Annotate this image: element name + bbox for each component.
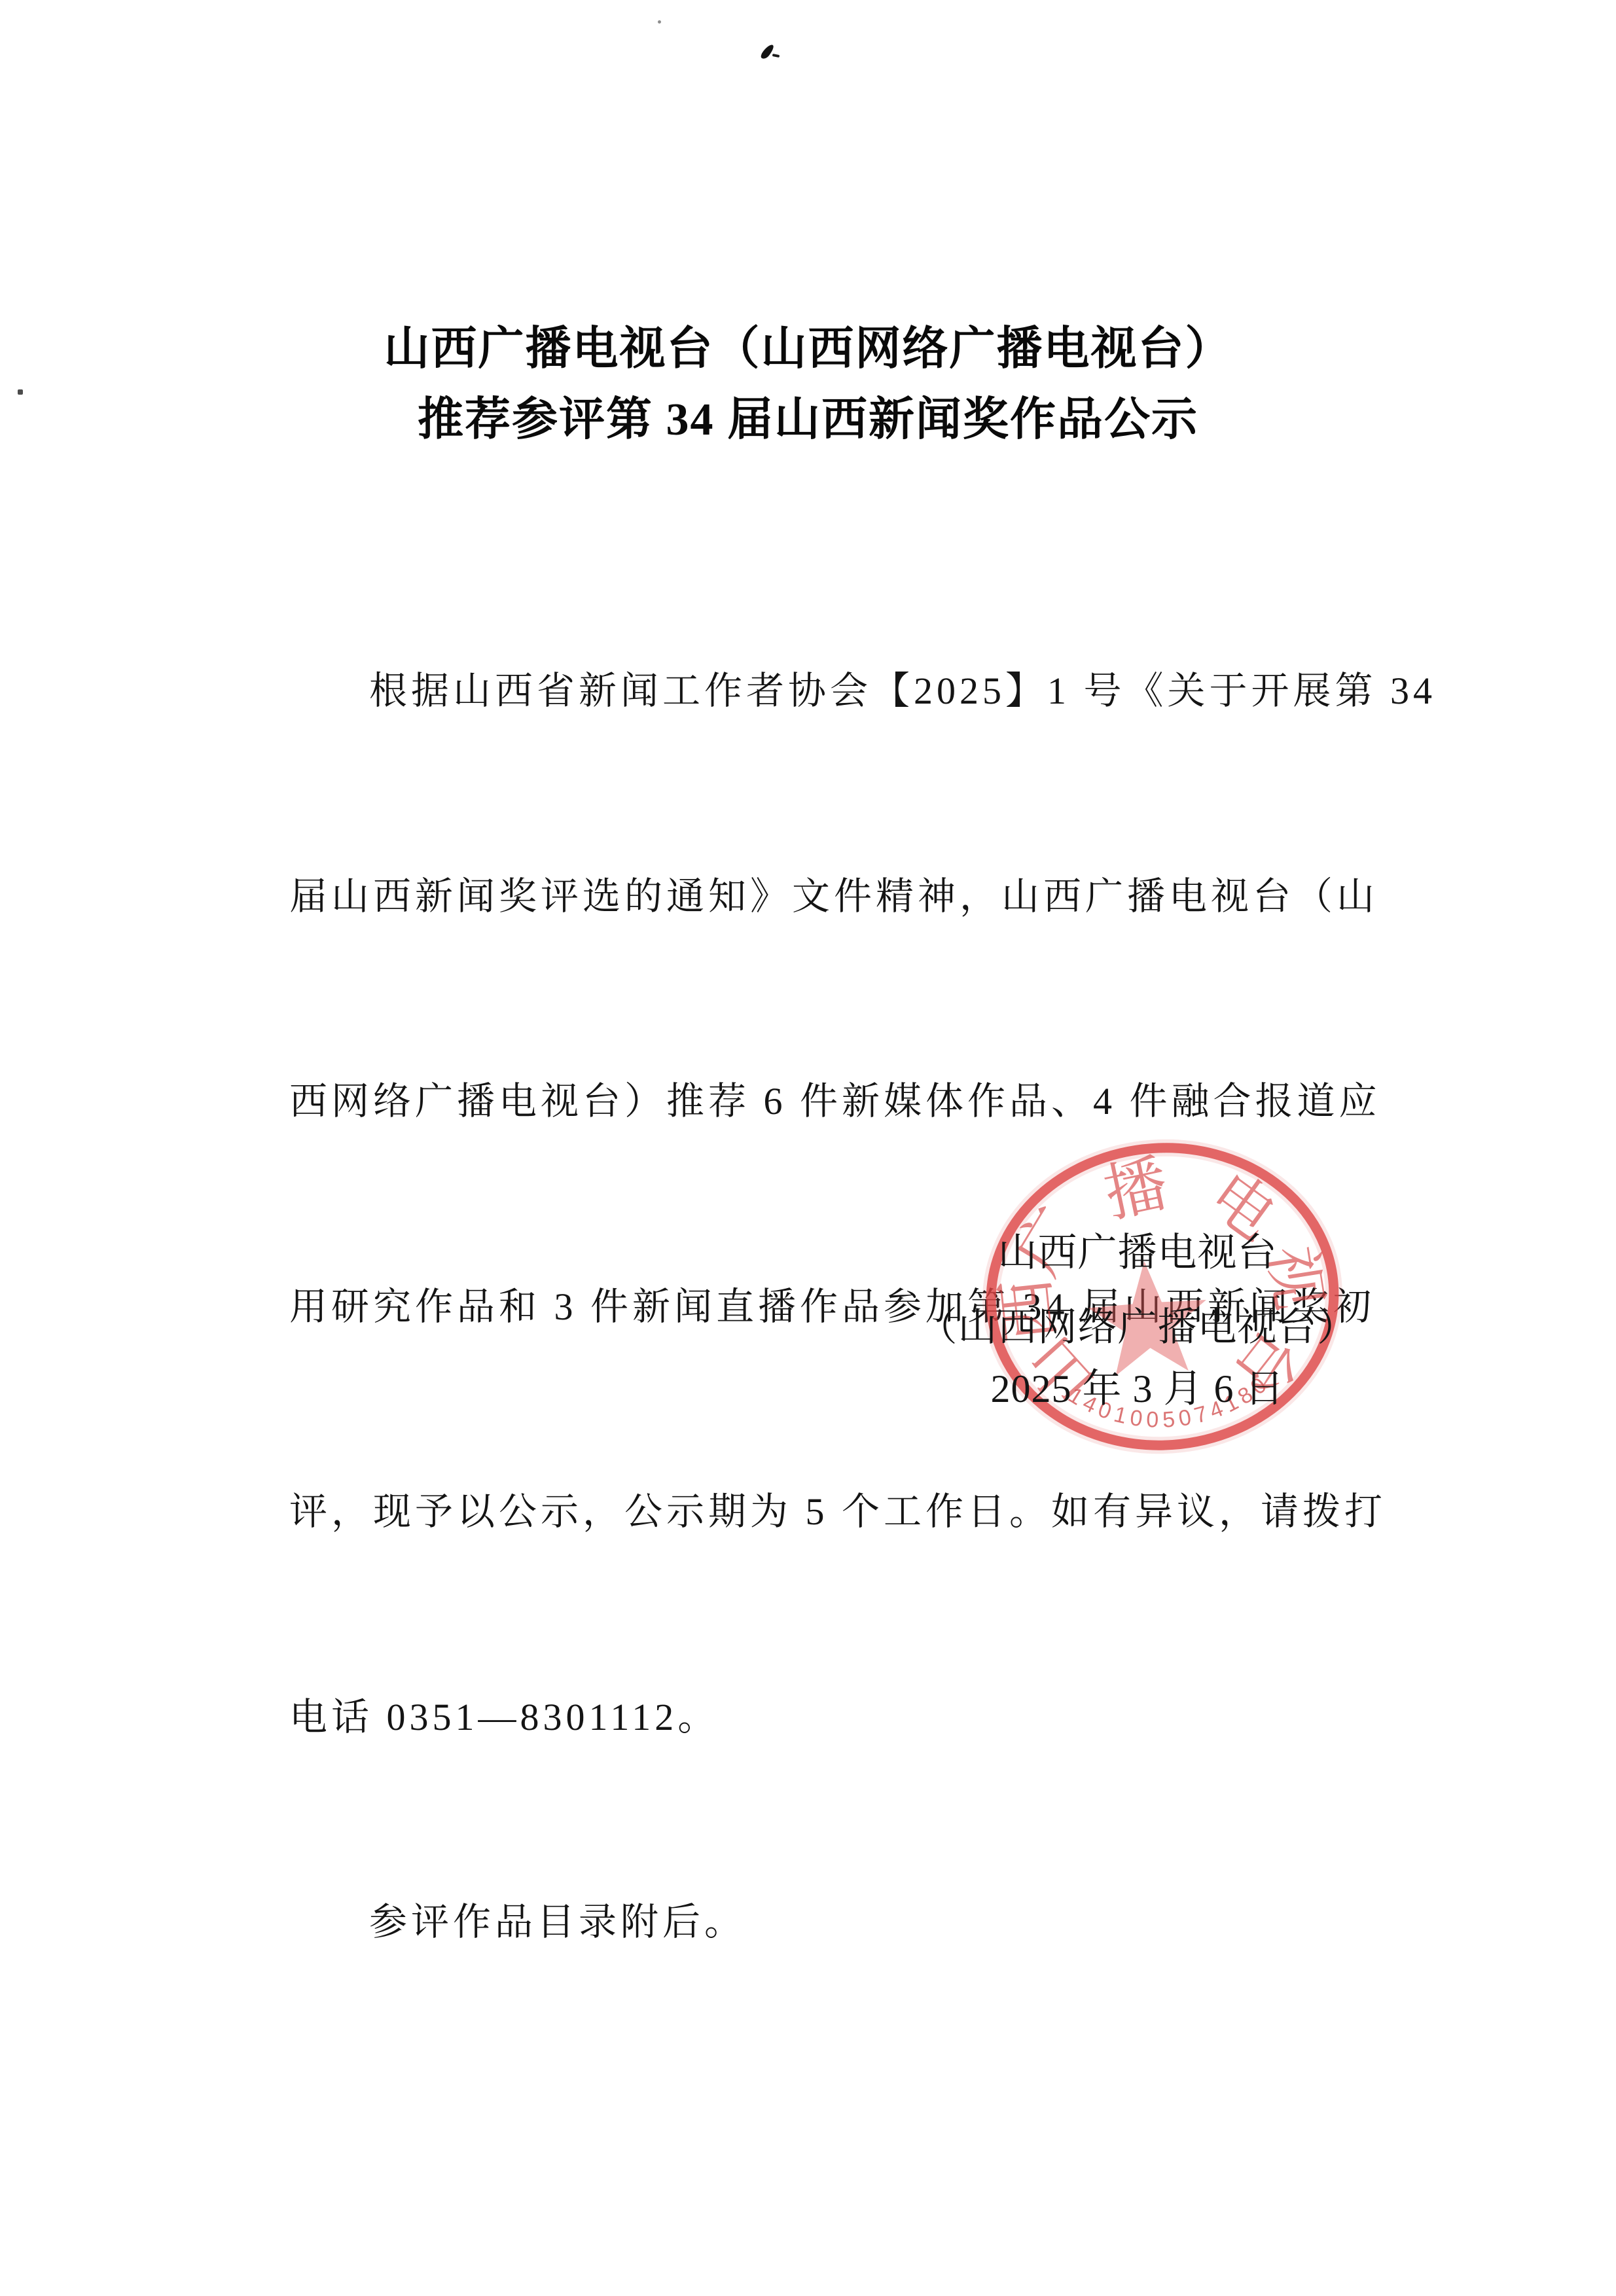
ink-speck-icon [658, 20, 661, 24]
body-paragraph2: 参评作品目录附后。 [289, 1888, 1389, 1957]
body-line: 电话 0351—8301112。 [289, 1683, 1389, 1752]
ink-comma-mark-icon [759, 43, 776, 60]
seal-ring-character: 播 [1098, 1149, 1174, 1230]
body-line: 届山西新闻奖评选的通知》文件精神，山西广播电视台（山 [289, 863, 1389, 931]
body-line: 根据山西省新闻工作者协会【2025】1 号《关于开展第 34 [289, 657, 1389, 726]
signature-date: 2025 年 3 月 6 日 [876, 1356, 1399, 1422]
signature-org-line1: 山西广播电视台 [876, 1220, 1399, 1285]
scanned-document-page: 山西广播电视台（山西网络广播电视台） 推荐参评第 34 届山西新闻奖作品公示 根… [0, 0, 1616, 2296]
ink-dash-mark-icon [772, 54, 780, 58]
signature-org-line2: （山西网络广播电视台） [876, 1295, 1399, 1360]
document-title-line1: 山西广播电视台（山西网络广播电视台） [0, 314, 1616, 385]
document-title-line2: 推荐参评第 34 届山西新闻奖作品公示 [0, 385, 1616, 456]
document-title: 山西广播电视台（山西网络广播电视台） 推荐参评第 34 届山西新闻奖作品公示 [0, 314, 1616, 456]
